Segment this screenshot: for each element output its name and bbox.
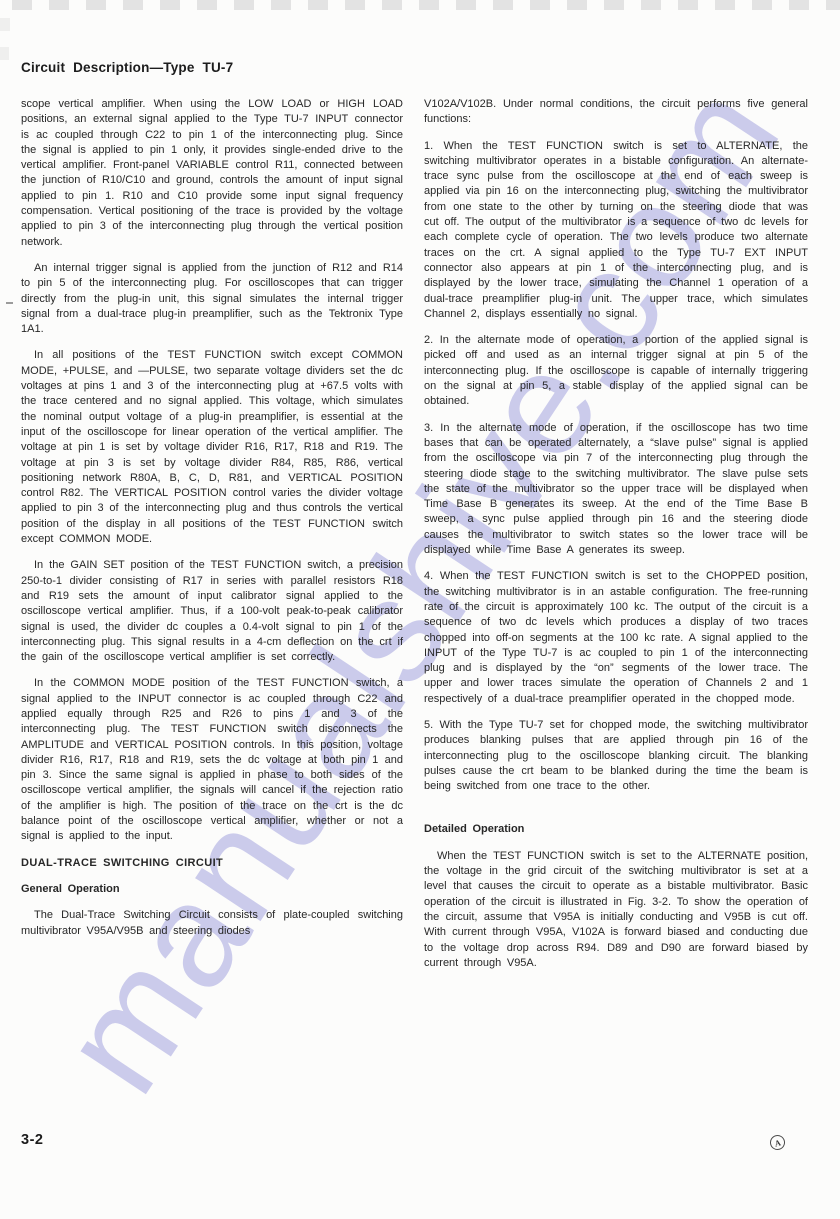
numbered-item: 2. In the alternate mode of operation, a… — [424, 333, 808, 409]
scan-artifact-dash — [6, 302, 13, 304]
section-heading: DUAL-TRACE SWITCHING CIRCUIT — [21, 856, 403, 871]
paragraph: In the COMMON MODE position of the TEST … — [21, 676, 403, 844]
left-column: scope vertical amplifier. When using the… — [21, 97, 403, 950]
subsection-heading: Detailed Operation — [424, 822, 808, 837]
paragraph: An internal trigger signal is applied fr… — [21, 261, 403, 337]
scan-artifact-left-mark — [0, 18, 10, 31]
subsection-heading: General Operation — [21, 882, 403, 897]
paragraph: scope vertical amplifier. When using the… — [21, 97, 403, 250]
scan-artifact-top-edge — [12, 0, 840, 10]
page-header-title: Circuit Description—Type TU-7 — [21, 60, 233, 75]
paragraph: When the TEST FUNCTION switch is set to … — [424, 849, 808, 971]
circled-a-mark: A — [768, 1133, 786, 1151]
scanned-manual-page: manualshive.com Circuit Description—Type… — [0, 0, 840, 1219]
paragraph: V102A/V102B. Under normal conditions, th… — [424, 97, 808, 128]
paragraph: The Dual-Trace Switching Circuit consist… — [21, 908, 403, 939]
paragraph: In all positions of the TEST FUNCTION sw… — [21, 348, 403, 547]
page-number: 3-2 — [21, 1132, 43, 1148]
numbered-item: 3. In the alternate mode of operation, i… — [424, 421, 808, 559]
numbered-item: 5. With the Type TU-7 set for chopped mo… — [424, 718, 808, 794]
numbered-item: 4. When the TEST FUNCTION switch is set … — [424, 569, 808, 707]
numbered-item: 1. When the TEST FUNCTION switch is set … — [424, 139, 808, 323]
scan-artifact-left-mark — [0, 47, 9, 60]
right-column: V102A/V102B. Under normal conditions, th… — [424, 97, 808, 982]
paragraph: In the GAIN SET position of the TEST FUN… — [21, 558, 403, 665]
